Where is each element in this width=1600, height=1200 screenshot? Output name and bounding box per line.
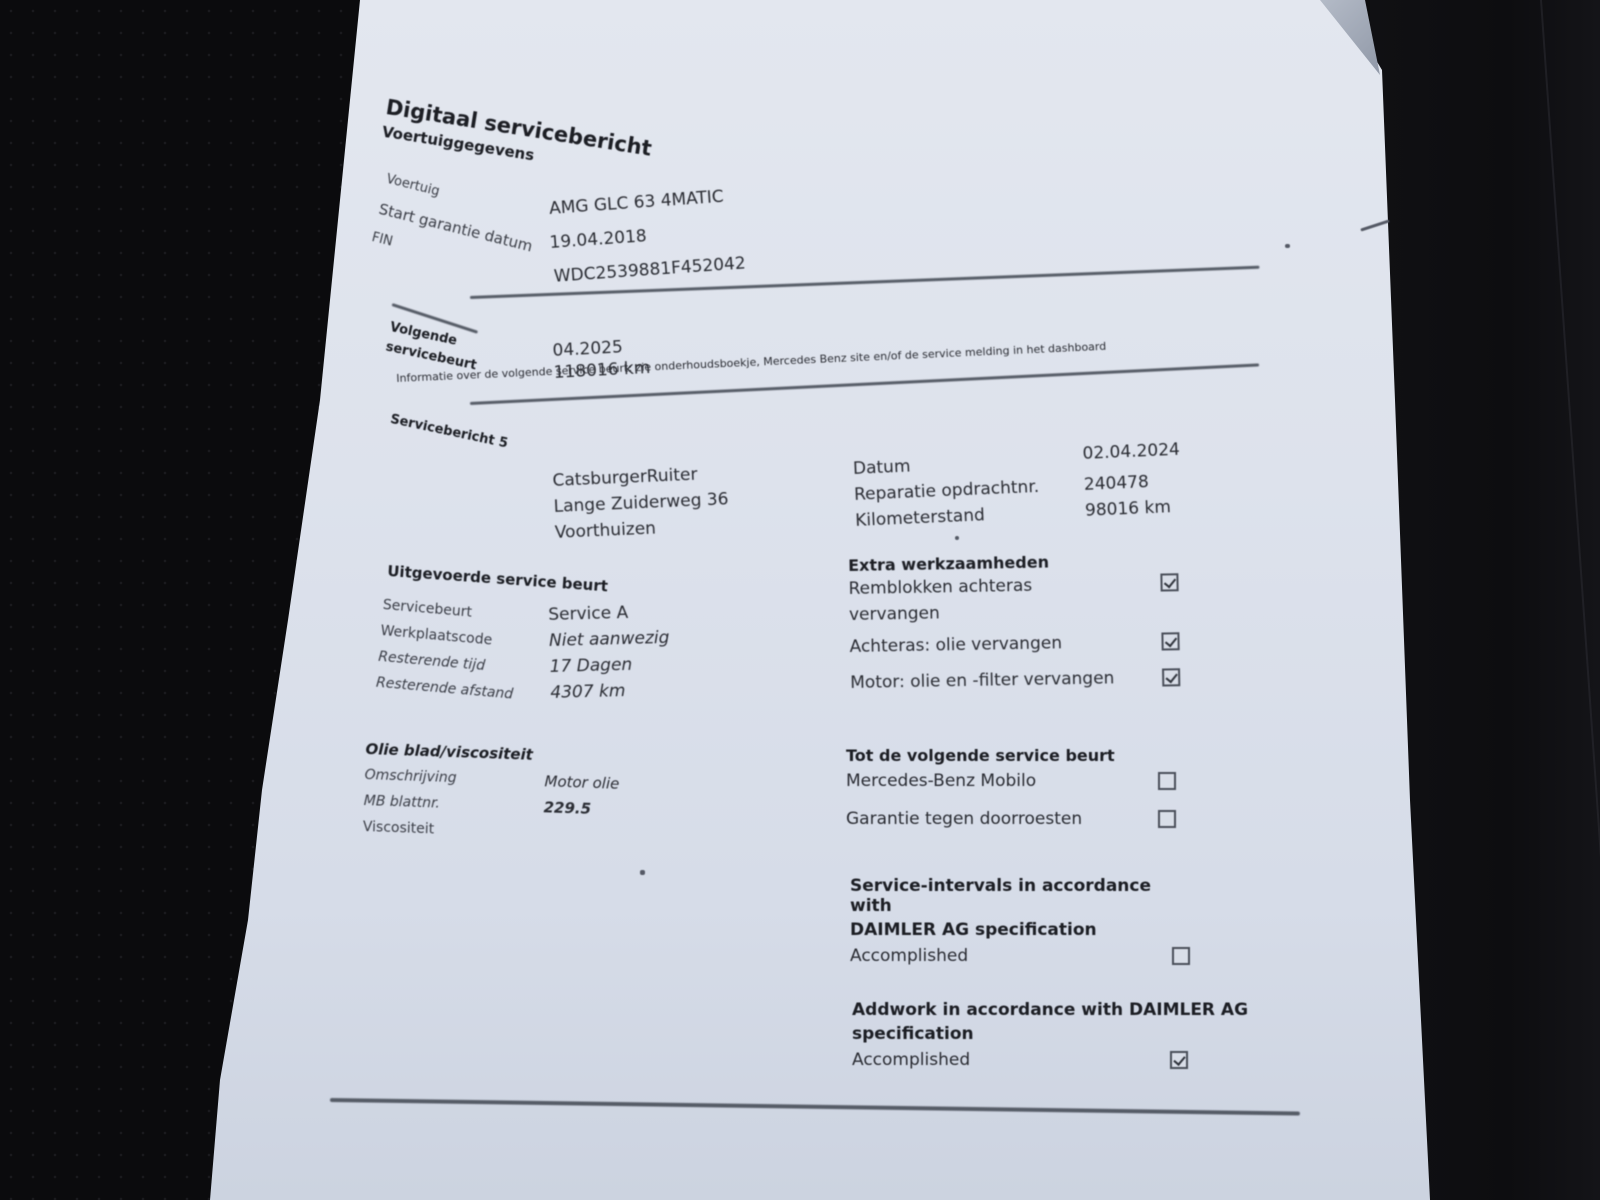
detail-date-label: Datum: [852, 453, 911, 481]
until-next-block: Tot de volgende service beurt Mercedes-B…: [846, 746, 1176, 829]
addwork-accomplished-label: Accomplished: [852, 1050, 970, 1070]
oil-viscosity-label: Viscositeit: [362, 814, 434, 842]
checkbox-addwork-accomplished[interactable]: [1170, 1051, 1188, 1069]
extra-work-item: Remblokken achteras vervangen: [848, 573, 1179, 625]
checkbox-engine-oil-filter[interactable]: [1162, 668, 1180, 686]
paper-mark: [1285, 244, 1290, 248]
addwork-block: Addwork in accordance with DAIMLER AG sp…: [852, 1000, 1272, 1070]
checkbox-mobilo[interactable]: [1158, 772, 1176, 790]
remaining-time-value: 17 Dagen: [549, 651, 670, 680]
addwork-heading: Addwork in accordance with DAIMLER AG: [852, 1000, 1272, 1020]
vehicle-values: AMG GLC 63 4MATIC 19.04.2018 WDC2539881F…: [548, 179, 747, 294]
until-next-item: Mercedes-Benz Mobilo: [846, 771, 1176, 791]
checkbox-rear-axle-oil[interactable]: [1161, 632, 1179, 650]
service-intervals-block: Service-intervals in accordance with DAI…: [850, 876, 1190, 966]
addwork-heading-cont: specification: [852, 1024, 1272, 1044]
workshop-code-value: Niet aanwezig: [549, 625, 670, 654]
performed-service-labels: Servicebeurt Werkplaatscode Resterende t…: [375, 592, 521, 708]
service-intervals-heading-cont: DAIMLER AG specification: [850, 920, 1190, 940]
service-type-value: Service A: [548, 599, 669, 628]
service-report-details: Datum 02.04.2024 Reparatie opdrachtnr. 2…: [852, 431, 1196, 534]
extra-work-block: Extra werkzaamheden Remblokken achteras …: [848, 550, 1180, 693]
checkbox-rust-warranty[interactable]: [1158, 810, 1176, 828]
checkbox-brake-pads[interactable]: [1160, 573, 1178, 591]
until-next-item-label: Mercedes-Benz Mobilo: [846, 771, 1036, 791]
extra-work-item-label-cont: vervangen: [849, 602, 1033, 625]
oil-block: Olie blad/viscositeit Omschrijving Motor…: [362, 736, 635, 849]
oil-sheet-label: MB blattnr.: [363, 788, 440, 817]
service-intervals-accomplished-label: Accomplished: [850, 946, 968, 966]
service-intervals-item: Accomplished: [850, 946, 1190, 966]
checkbox-service-intervals-accomplished[interactable]: [1172, 947, 1190, 965]
until-next-heading: Tot de volgende service beurt: [846, 746, 1176, 765]
paper-mark: [640, 870, 645, 875]
addwork-item: Accomplished: [852, 1050, 1188, 1070]
until-next-item-label: Garantie tegen doorroesten: [846, 809, 1082, 829]
oil-description-label: Omschrijving: [364, 762, 457, 791]
extra-work-item-label: Achteras: olie vervangen: [849, 633, 1062, 657]
paper-mark: [955, 536, 959, 540]
dealer-address: CatsburgerRuiter Lange Zuiderweg 36 Voor…: [552, 460, 730, 546]
detail-date-value: 02.04.2024: [1082, 436, 1193, 467]
oil-viscosity-value: [543, 833, 633, 836]
oil-description-value: Motor olie: [544, 768, 635, 797]
extra-work-item-label: Remblokken achteras: [848, 576, 1032, 599]
service-intervals-heading: Service-intervals in accordance with: [850, 876, 1190, 916]
performed-service-values: Service A Niet aanwezig 17 Dagen 4307 km: [548, 599, 671, 706]
detail-mileage-value: 98016 km: [1084, 493, 1195, 524]
until-next-item: Garantie tegen doorroesten: [846, 809, 1176, 829]
extra-work-item: Achteras: olie vervangen: [849, 631, 1179, 657]
oil-sheet-value: 229.5: [543, 794, 634, 823]
remaining-distance-value: 4307 km: [550, 677, 671, 706]
